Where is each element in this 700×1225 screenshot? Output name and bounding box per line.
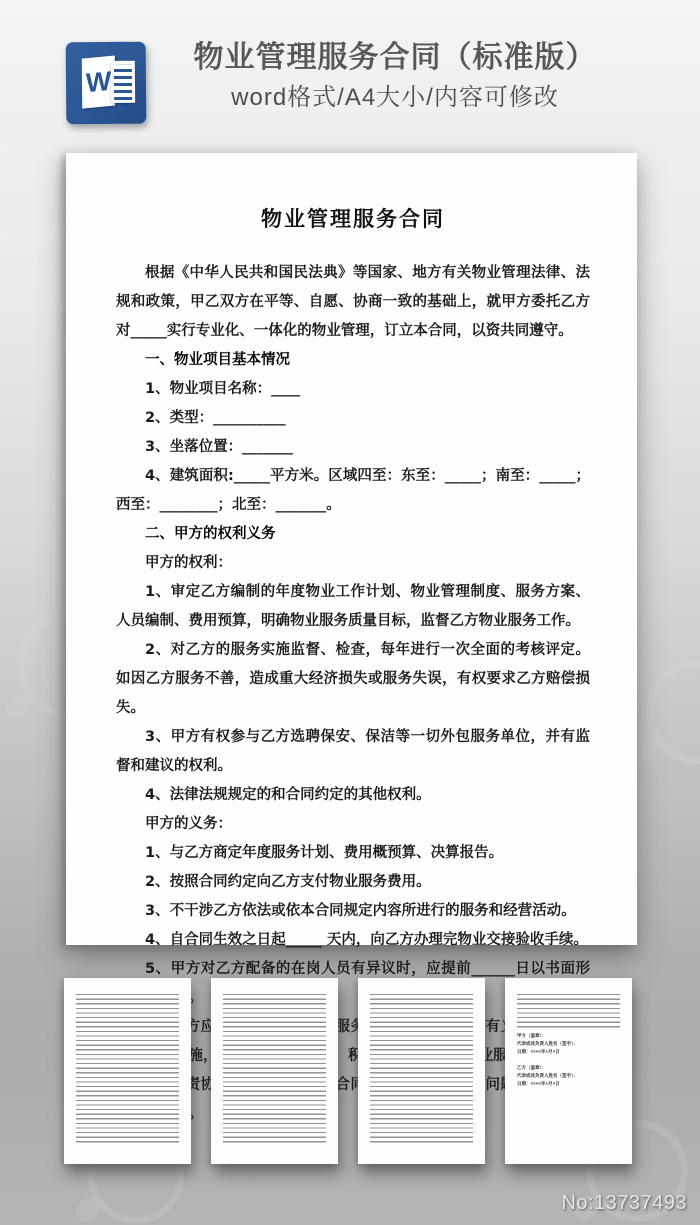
doc-paragraph: 3、坐落位置：_______ [116,433,590,462]
doc-paragraph: 4、自合同生效之日起_____ 天内，向乙方办理完物业交接验收手续。 [116,926,590,955]
doc-paragraph: 3、甲方有权参与乙方选聘保安、保洁等一切外包服务单位，并有监督和建议的权利。 [116,723,590,781]
page-thumbnail-2[interactable] [64,978,191,1164]
page-subtitle: word格式/A4大小/内容可修改 [160,84,630,112]
thumbnail-micro-text: 日期：××××年×月×日 [517,1048,620,1056]
doc-paragraph: 1、物业项目名称：____ [116,375,590,404]
watermark-ring [646,660,700,764]
page-thumbnail-3[interactable] [211,978,338,1164]
thumbnail-text-lines [223,994,326,1146]
doc-paragraph: 4、建筑面积:_____平方米。区域四至：东至：_____；南至：_____；西… [116,462,590,520]
thumbnail-micro-text: 日期：××××年×月×日 [517,1080,620,1088]
thumbnail-micro-text: 代表或其负责人姓名（签字）： [517,1072,620,1080]
page-thumbnail-5[interactable]: 甲方（盖章）：代表或其负责人姓名（签字）：日期：××××年×月×日乙方（盖章）：… [505,978,632,1164]
word-icon-document-lines [111,61,135,103]
word-icon-letter: W [86,65,112,98]
doc-paragraph: 2、对乙方的服务实施监督、检查，每年进行一次全面的考核评定。如因乙方服务不善，造… [116,636,590,723]
serial-number: No:13737493 [561,1192,687,1215]
thumbnail-text-lines [517,994,620,1028]
thumbnail-text-lines [370,994,473,1146]
word-icon: W [66,42,147,125]
document-title: 物业管理服务合同 [116,203,590,233]
page-title: 物业管理服务合同（标准版） [160,38,630,78]
thumbnail-micro-text: 代表或其负责人姓名（签字）： [517,1040,620,1048]
doc-paragraph: 甲方的义务： [116,810,590,839]
thumbnail-text-lines [76,994,179,1146]
doc-paragraph: 3、不干涉乙方依法或依本合同规定内容所进行的服务和经营活动。 [116,897,590,926]
doc-paragraph: 1、审定乙方编制的年度物业工作计划、物业管理制度、服务方案、人员编制、费用预算，… [116,578,590,636]
thumbnail-micro-text [517,1056,620,1064]
doc-paragraph: 根据《中华人民共和国民法典》等国家、地方有关物业管理法律、法规和政策，甲乙双方在… [116,259,590,346]
thumbnail-signature-lines: 甲方（盖章）：代表或其负责人姓名（签字）：日期：××××年×月×日乙方（盖章）：… [517,1032,620,1088]
thumbnail-micro-text: 甲方（盖章）： [517,1032,620,1040]
template-preview: W 物业管理服务合同（标准版） word格式/A4大小/内容可修改 物业管理服务… [0,0,700,1225]
page-thumbnail-4[interactable] [358,978,485,1164]
thumbnail-micro-text: 乙方（盖章）： [517,1064,620,1072]
header-text: 物业管理服务合同（标准版） word格式/A4大小/内容可修改 [160,38,630,112]
doc-paragraph: 2、类型：__________ [116,404,590,433]
thumbnail-strip: 甲方（盖章）：代表或其负责人姓名（签字）：日期：××××年×月×日乙方（盖章）：… [64,978,636,1164]
doc-paragraph: 2、按照合同约定向乙方支付物业服务费用。 [116,868,590,897]
doc-paragraph: 1、与乙方商定年度服务计划、费用概预算、决算报告。 [116,839,590,868]
document-page-preview: 物业管理服务合同 根据《中华人民共和国民法典》等国家、地方有关物业管理法律、法规… [66,153,637,945]
doc-paragraph: 4、法律法规规定的和合同约定的其他权利。 [116,781,590,810]
doc-paragraph: 甲方的权利： [116,549,590,578]
doc-paragraph: 二、甲方的权利义务 [116,520,590,549]
doc-paragraph: 一、物业项目基本情况 [116,346,590,375]
header: W 物业管理服务合同（标准版） word格式/A4大小/内容可修改 [0,0,700,132]
